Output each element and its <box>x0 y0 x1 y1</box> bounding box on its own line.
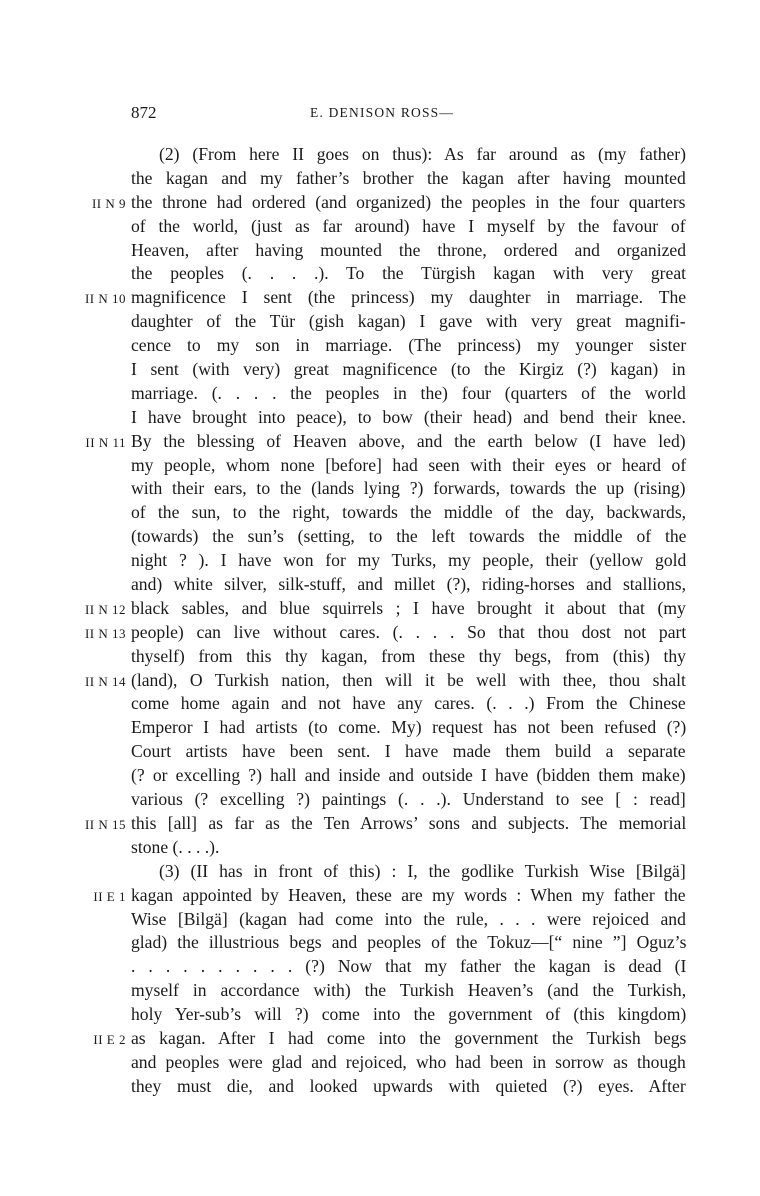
line-text: Emperor I had artists (to come. My) requ… <box>131 716 686 740</box>
line-marker: II N 12 <box>40 598 126 622</box>
line-marker: II N 9 <box>40 192 126 216</box>
line-marker: II E 2 <box>40 1028 126 1052</box>
line-text: cence to my son in marriage. (The prince… <box>131 334 686 358</box>
text-line: II N 9the throne had ordered (and organi… <box>0 191 760 215</box>
text-line: myself in accordance with) the Turkish H… <box>0 979 760 1003</box>
line-text: marriage. (. . . . the peoples in the) f… <box>131 382 686 406</box>
line-text: (towards) the sun’s (setting, to the lef… <box>131 525 686 549</box>
running-head: 872 E. DENISON ROSS— <box>0 103 760 127</box>
line-text: black sables, and blue squirrels ; I hav… <box>131 597 686 621</box>
line-text: I sent (with very) great magnificence (t… <box>131 358 686 382</box>
line-text: the peoples (. . . .). To the Türgish ka… <box>131 262 686 286</box>
line-text: people) can live without cares. (. . . .… <box>131 621 686 645</box>
line-text: myself in accordance with) the Turkish H… <box>131 979 686 1003</box>
line-marker: II N 15 <box>40 813 126 837</box>
text-line: Heaven, after having mounted the throne,… <box>0 239 760 263</box>
line-text: and) white silver, silk-stuff, and mille… <box>131 573 686 597</box>
line-text: kagan appointed by Heaven, these are my … <box>131 884 686 908</box>
text-line: Wise [Bilgä] (kagan had come into the ru… <box>0 908 760 932</box>
line-text: they must die, and looked upwards with q… <box>131 1075 686 1099</box>
text-line: II E 2as kagan. After I had come into th… <box>0 1027 760 1051</box>
text-line: (3) (II has in front of this) : I, the g… <box>0 860 760 884</box>
line-text: my people, whom none [before] had seen w… <box>131 454 686 478</box>
line-text: stone (. . . .). <box>131 836 686 860</box>
text-line: they must die, and looked upwards with q… <box>0 1075 760 1099</box>
text-line: II N 12black sables, and blue squirrels … <box>0 597 760 621</box>
text-line: (towards) the sun’s (setting, to the lef… <box>0 525 760 549</box>
line-text: (2) (From here II goes on thus): As far … <box>159 143 686 167</box>
text-line: stone (. . . .). <box>0 836 760 860</box>
text-line: daughter of the Tür (gish kagan) I gave … <box>0 310 760 334</box>
text-line: . . . . . . . . . . (?) Now that my fath… <box>0 955 760 979</box>
line-text: night ? ). I have won for my Turks, my p… <box>131 549 686 573</box>
text-line: of the sun, to the right, towards the mi… <box>0 501 760 525</box>
text-line: (2) (From here II goes on thus): As far … <box>0 143 760 167</box>
line-marker: II E 1 <box>40 885 126 909</box>
text-line: holy Yer-sub’s will ?) come into the gov… <box>0 1003 760 1027</box>
running-head-title: E. DENISON ROSS— <box>310 105 454 121</box>
text-line: the kagan and my father’s brother the ka… <box>0 167 760 191</box>
text-line: Emperor I had artists (to come. My) requ… <box>0 716 760 740</box>
page-number: 872 <box>131 103 157 123</box>
line-text: (land), O Turkish nation, then will it b… <box>131 669 686 693</box>
text-line: various (? excelling ?) paintings (. . .… <box>0 788 760 812</box>
line-text: Heaven, after having mounted the throne,… <box>131 239 686 263</box>
line-marker: II N 10 <box>40 287 126 311</box>
text-line: glad) the illustrious begs and peoples o… <box>0 931 760 955</box>
text-line: the peoples (. . . .). To the Türgish ka… <box>0 262 760 286</box>
line-text: Court artists have been sent. I have mad… <box>131 740 686 764</box>
line-marker: II N 11 <box>40 431 126 455</box>
line-text: glad) the illustrious begs and peoples o… <box>131 931 686 955</box>
line-text: of the sun, to the right, towards the mi… <box>131 501 686 525</box>
text-line: II N 10magnificence I sent (the princess… <box>0 286 760 310</box>
line-text: and peoples were glad and rejoiced, who … <box>131 1051 686 1075</box>
line-marker: II N 14 <box>40 670 126 694</box>
line-text: daughter of the Tür (gish kagan) I gave … <box>131 310 686 334</box>
text-line: I sent (with very) great magnificence (t… <box>0 358 760 382</box>
text-line: II N 14(land), O Turkish nation, then wi… <box>0 669 760 693</box>
text-line: II N 13people) can live without cares. (… <box>0 621 760 645</box>
document-page: 872 E. DENISON ROSS— (2) (From here II g… <box>0 0 760 1196</box>
line-text: (3) (II has in front of this) : I, the g… <box>159 860 686 884</box>
line-text: thyself) from this thy kagan, from these… <box>131 645 686 669</box>
text-line: and peoples were glad and rejoiced, who … <box>0 1051 760 1075</box>
line-text: magnificence I sent (the princess) my da… <box>131 286 686 310</box>
line-text: come home again and not have any cares. … <box>131 692 686 716</box>
text-line: of the world, (just as far around) have … <box>0 215 760 239</box>
text-line: night ? ). I have won for my Turks, my p… <box>0 549 760 573</box>
line-text: I have brought into peace), to bow (thei… <box>131 406 686 430</box>
text-line: II N 11By the blessing of Heaven above, … <box>0 430 760 454</box>
text-line: Court artists have been sent. I have mad… <box>0 740 760 764</box>
text-line: with their ears, to the (lands lying ?) … <box>0 477 760 501</box>
line-text: of the world, (just as far around) have … <box>131 215 686 239</box>
line-text: By the blessing of Heaven above, and the… <box>131 430 686 454</box>
line-text: various (? excelling ?) paintings (. . .… <box>131 788 686 812</box>
line-text: this [all] as far as the Ten Arrows’ son… <box>131 812 686 836</box>
line-marker: II N 13 <box>40 622 126 646</box>
line-text: (? or excelling ?) hall and inside and o… <box>131 764 686 788</box>
text-line: come home again and not have any cares. … <box>0 692 760 716</box>
line-text: as kagan. After I had come into the gove… <box>131 1027 686 1051</box>
text-line: marriage. (. . . . the peoples in the) f… <box>0 382 760 406</box>
line-text: holy Yer-sub’s will ?) come into the gov… <box>131 1003 686 1027</box>
line-text: the throne had ordered (and organized) t… <box>131 191 686 215</box>
text-line: thyself) from this thy kagan, from these… <box>0 645 760 669</box>
text-line: I have brought into peace), to bow (thei… <box>0 406 760 430</box>
line-text: . . . . . . . . . . (?) Now that my fath… <box>131 955 686 979</box>
line-text: the kagan and my father’s brother the ka… <box>131 167 686 191</box>
text-line: my people, whom none [before] had seen w… <box>0 454 760 478</box>
text-line: (? or excelling ?) hall and inside and o… <box>0 764 760 788</box>
text-line: II E 1kagan appointed by Heaven, these a… <box>0 884 760 908</box>
text-line: and) white silver, silk-stuff, and mille… <box>0 573 760 597</box>
body-text: (2) (From here II goes on thus): As far … <box>0 143 760 1099</box>
text-line: cence to my son in marriage. (The prince… <box>0 334 760 358</box>
text-line: II N 15this [all] as far as the Ten Arro… <box>0 812 760 836</box>
line-text: Wise [Bilgä] (kagan had come into the ru… <box>131 908 686 932</box>
line-text: with their ears, to the (lands lying ?) … <box>131 477 686 501</box>
